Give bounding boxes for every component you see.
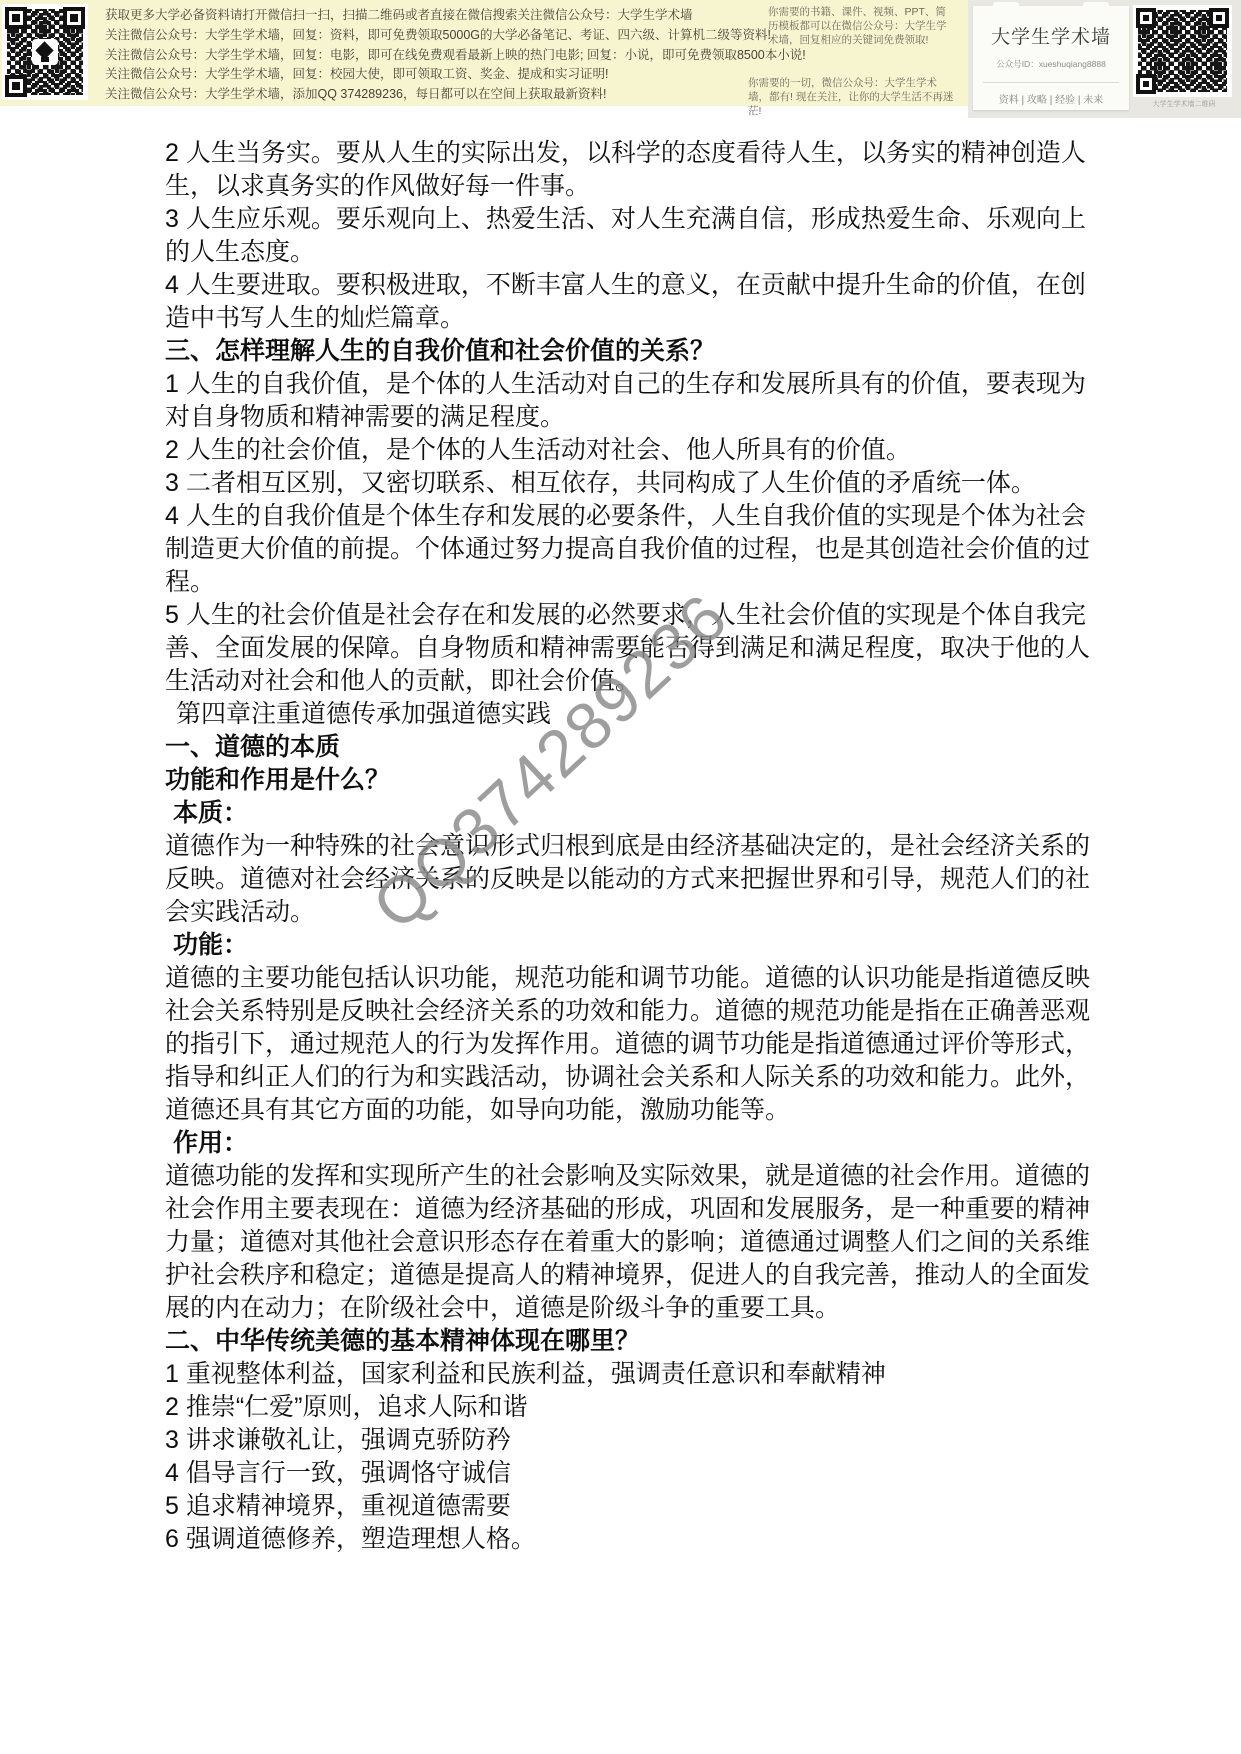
qr-finder-icon	[5, 75, 27, 97]
account-card: 大学生学术墙 公众号ID：xueshuqiang8888 资料 | 攻略 | 经…	[973, 6, 1129, 110]
paragraph: 3 二者相互区别，又密切联系、相互依存，共同构成了人生价值的矛盾统一体。	[165, 467, 1106, 500]
paragraph: 道德的主要功能包括认识功能，规范功能和调节功能。道德的认识功能是指道德反映社会关…	[165, 962, 1106, 1127]
paragraph: 5 人生的社会价值是社会存在和发展的必然要求，人生社会价值的实现是个体自我完善、…	[165, 599, 1106, 698]
paragraph: 一、道德的本质	[165, 731, 1106, 764]
qr-finder-icon	[1209, 8, 1229, 28]
qr-finder-icon	[5, 7, 27, 29]
note-top: 你需要的书籍、课件、视频、PPT、简历模板都可以在微信公众号：大学生学术墙，回复…	[768, 5, 954, 47]
qr-finder-icon	[63, 7, 85, 29]
card-divider	[983, 82, 1119, 83]
paragraph: 5 追求精神境界，重视道德需要	[165, 1490, 1106, 1523]
account-title: 大学生学术墙	[973, 22, 1129, 49]
qr-caption: 大学生学术墙二维码	[1136, 99, 1232, 109]
account-id: 公众号ID：xueshuqiang8888	[973, 58, 1129, 70]
account-tags: 资料 | 攻略 | 经验 | 未来	[973, 91, 1129, 106]
paragraph: 4 倡导言行一致，强调恪守诚信	[165, 1457, 1106, 1490]
document-body: 2 人生当务实。要从人生的实际出发，以科学的态度看待人生，以务实的精神创造人生，…	[165, 137, 1106, 1556]
paragraph: 第四章注重道德传承加强道德实践	[165, 698, 1106, 731]
paragraph: 本质：	[165, 797, 1106, 830]
paragraph: 道德作为一种特殊的社会意识形式归根到底是由经济基础决定的，是社会经济关系的反映。…	[165, 830, 1106, 929]
promo-line: 获取更多大学必备资料请打开微信扫一扫，扫描二维码或者直接在微信搜索关注微信公众号…	[105, 6, 765, 26]
paragraph: 4 人生要进取。要积极进取，不断丰富人生的意义，在贡献中提升生命的价值，在创造中…	[165, 269, 1106, 335]
paragraph: 功能：	[165, 929, 1106, 962]
card-tab	[1083, 2, 1109, 8]
paragraph: 2 推崇“仁爱”原则，追求人际和谐	[165, 1391, 1106, 1424]
promo-line: 关注微信公众号：大学生学术墙，回复：资料，即可免费领取5000G的大学必备笔记、…	[105, 26, 765, 46]
graduation-cap-icon	[32, 39, 58, 65]
paragraph: 1 人生的自我价值，是个体的人生活动对自己的生存和发展所具有的价值，要表现为对自…	[165, 368, 1106, 434]
paragraph: 三、怎样理解人生的自我价值和社会价值的关系？	[165, 335, 1106, 368]
paragraph: 2 人生的社会价值，是个体的人生活动对社会、他人所具有的价值。	[165, 434, 1106, 467]
paragraph: 道德功能的发挥和实现所产生的社会影响及实际效果，就是道德的社会作用。道德的社会作…	[165, 1160, 1106, 1325]
paragraph: 3 讲求谦敬礼让，强调克骄防矜	[165, 1424, 1106, 1457]
qr-code-right	[1133, 5, 1232, 97]
paragraph: 二、中华传统美德的基本精神体现在哪里？	[165, 1325, 1106, 1358]
promo-header: 获取更多大学必备资料请打开微信扫一扫，扫描二维码或者直接在微信搜索关注微信公众号…	[0, 0, 1241, 118]
qr-code-left	[2, 4, 88, 100]
paragraph: 作用：	[165, 1127, 1106, 1160]
promo-line: 关注微信公众号：大学生学术墙，回复：电影，即可在线免费观看最新上映的热门电影; …	[105, 46, 765, 66]
paragraph: 6 强调道德修养，塑造理想人格。	[165, 1523, 1106, 1556]
paragraph: 4 人生的自我价值是个体生存和发展的必要条件，人生自我价值的实现是个体为社会制造…	[165, 500, 1106, 599]
paragraph: 3 人生应乐观。要乐观向上、热爱生活、对人生充满自信，形成热爱生命、乐观向上的人…	[165, 203, 1106, 269]
promo-text-block: 获取更多大学必备资料请打开微信扫一扫，扫描二维码或者直接在微信搜索关注微信公众号…	[105, 6, 765, 105]
note-bottom: 你需要的一切，微信公众号：大学生学术墙，都有! 现在关注，让你的大学生活不再迷茫…	[748, 76, 956, 118]
document-page: 获取更多大学必备资料请打开微信扫一扫，扫描二维码或者直接在微信搜索关注微信公众号…	[0, 0, 1241, 1754]
promo-line: 关注微信公众号：大学生学术墙，回复：校园大使，即可领取工资、奖金、提成和实习证明…	[105, 65, 765, 85]
qr-finder-icon	[1136, 8, 1156, 28]
qr-finder-icon	[1136, 74, 1156, 94]
promo-line: 关注微信公众号：大学生学术墙，添加QQ 374289236，每日都可以在空间上获…	[105, 85, 765, 105]
paragraph: 1 重视整体利益，国家利益和民族利益，强调责任意识和奉献精神	[165, 1358, 1106, 1391]
card-tab	[993, 2, 1019, 8]
paragraph: 功能和作用是什么？	[165, 764, 1106, 797]
paragraph: 2 人生当务实。要从人生的实际出发，以科学的态度看待人生，以务实的精神创造人生，…	[165, 137, 1106, 203]
